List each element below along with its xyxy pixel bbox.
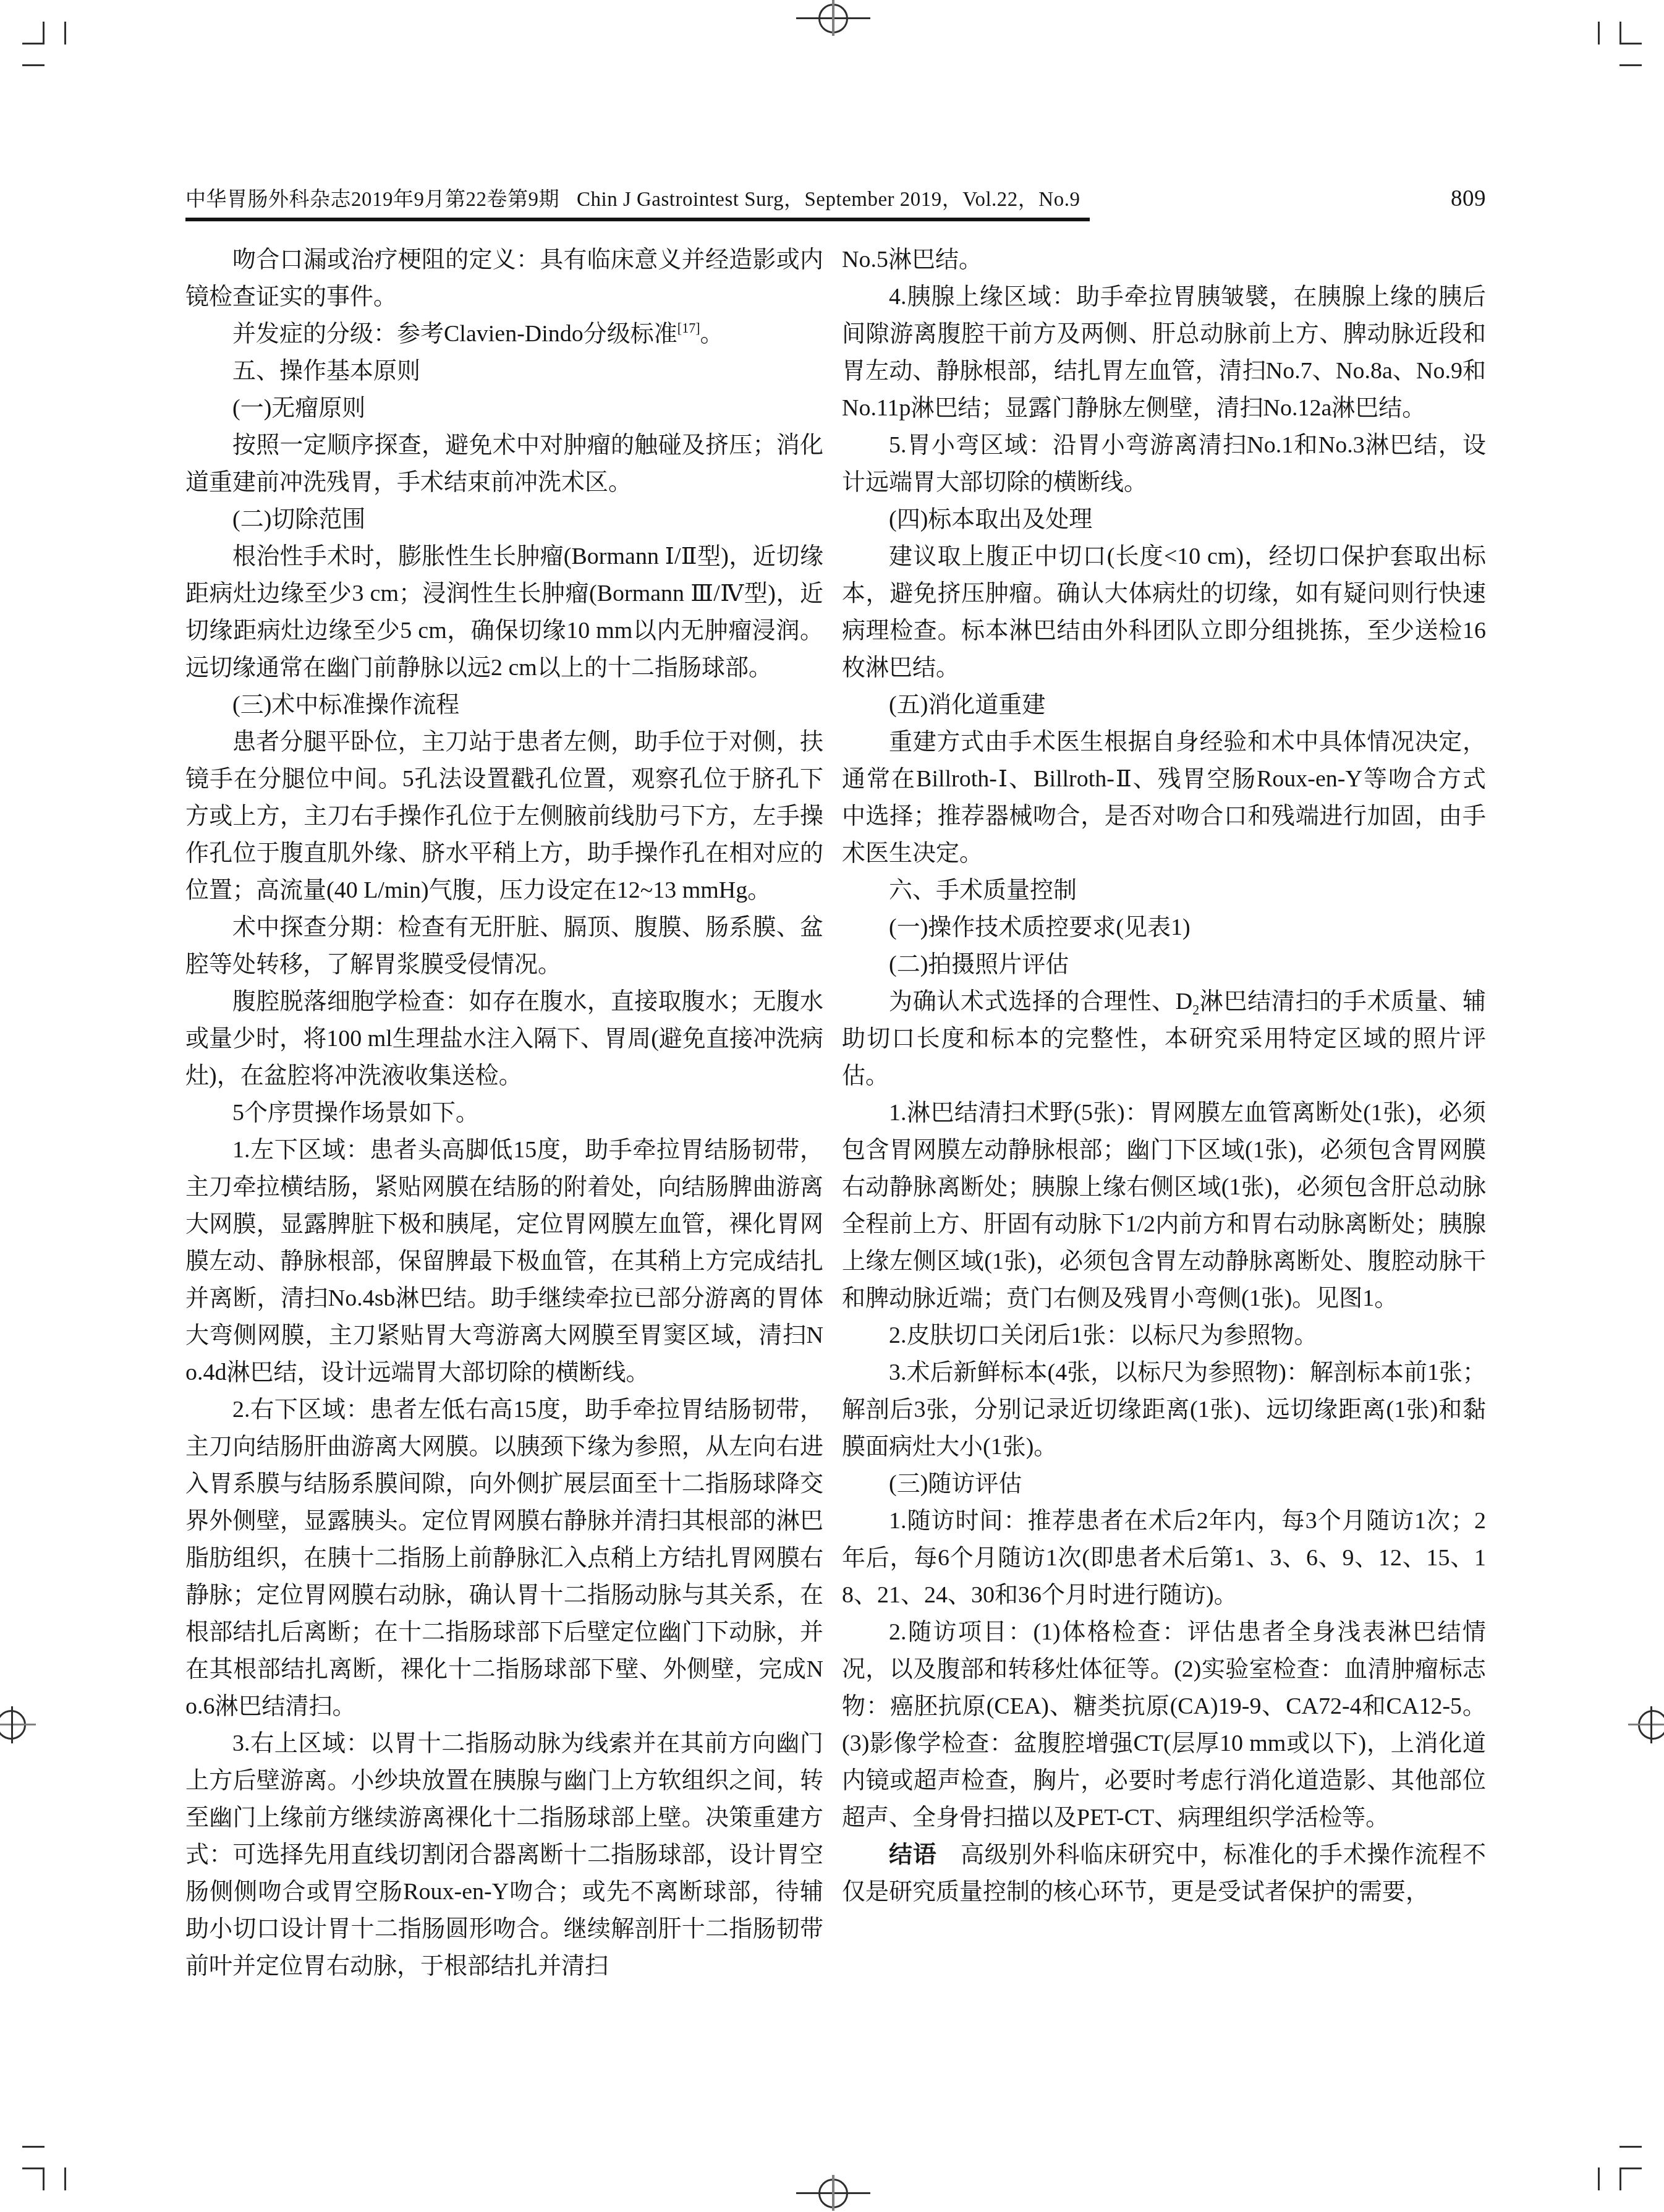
paragraph: 按照一定顺序探查，避免术中对肿瘤的触碰及挤压；消化道重建前冲洗残胃，手术结束前冲… <box>185 427 823 501</box>
paragraph: 5个序贯操作场景如下。 <box>185 1094 823 1131</box>
crop-mark-top-right <box>1619 64 1642 66</box>
crop-mark-bottom-left <box>43 2167 45 2190</box>
paragraph: 1.随访时间：推荐患者在术后2年内，每3个月随访1次；2年后，每6个月随访1次(… <box>842 1502 1486 1614</box>
paragraph: (二)拍摄照片评估 <box>842 946 1486 983</box>
paragraph: 为确认术式选择的合理性、D2淋巴结清扫的手术质量、辅助切口长度和标本的完整性，本… <box>842 983 1486 1094</box>
paragraph: 2.皮肤切口关闭后1张：以标尺为参照物。 <box>842 1317 1486 1354</box>
journal-page: { "header": { "journal_cn": "中华胃肠外科杂志201… <box>0 0 1664 2212</box>
crop-mark-top-left <box>64 22 66 45</box>
crop-mark-top-right <box>1598 22 1600 45</box>
page-header: 中华胃肠外科杂志2019年9月第22卷第9期Chin J Gastrointes… <box>185 183 1486 212</box>
header-rule <box>185 218 1090 221</box>
paragraph: 1.淋巴结清扫术野(5张)：胃网膜左血管离断处(1张)，必须包含胃网膜左动静脉根… <box>842 1094 1486 1317</box>
paragraph: 3.右上区域：以胃十二指肠动脉为线索并在其前方向幽门上方后壁游离。小纱块放置在胰… <box>185 1725 823 1984</box>
paragraph: 腹腔脱落细胞学检查：如存在腹水，直接取腹水；无腹水或量少时，将100 ml生理盐… <box>185 983 823 1094</box>
crop-mark-top-right <box>1619 43 1642 45</box>
paragraph: 建议取上腹正中切口(长度<10 cm)，经切口保护套取出标本，避免挤压肿瘤。确认… <box>842 538 1486 686</box>
paragraph: 3.术后新鲜标本(4张，以标尺为参照物)：解剖标本前1张；解剖后3张，分别记录近… <box>842 1354 1486 1465</box>
paragraph: No.5淋巴结。 <box>842 241 1486 278</box>
crop-mark-bottom-left <box>22 2167 45 2169</box>
paragraph: (四)标本取出及处理 <box>842 501 1486 538</box>
crop-mark-bottom-right <box>1619 2146 1642 2148</box>
right-column: No.5淋巴结。4.胰腺上缘区域：助手牵拉胃胰皱襞，在胰腺上缘的胰后间隙游离腹腔… <box>842 241 1486 1910</box>
paragraph: 六、手术质量控制 <box>842 872 1486 909</box>
journal-title-cn: 中华胃肠外科杂志2019年9月第22卷第9期 <box>185 189 559 211</box>
paragraph: 4.胰腺上缘区域：助手牵拉胃胰皱襞，在胰腺上缘的胰后间隙游离腹腔干前方及两侧、肝… <box>842 278 1486 427</box>
paragraph: 重建方式由手术医生根据自身经验和术中具体情况决定，通常在Billroth-Ⅰ、B… <box>842 723 1486 872</box>
page-number: 809 <box>1451 185 1486 212</box>
crop-mark-top-left <box>22 43 45 45</box>
crop-mark-bottom-right <box>1619 2167 1621 2190</box>
paragraph: (一)操作技术质控要求(见表1) <box>842 909 1486 946</box>
crop-mark-bottom-left <box>64 2167 66 2190</box>
crop-mark-top-left <box>22 64 45 66</box>
journal-title-en: Chin J Gastrointest Surg，September 2019，… <box>577 189 1080 211</box>
paragraph: 结语 高级别外科临床研究中，标准化的手术操作流程不仅是研究质量控制的核心环节，更… <box>842 1836 1486 1910</box>
paragraph: 患者分腿平卧位，主刀站于患者左侧，助手位于对侧，扶镜手在分腿位中间。5孔法设置戳… <box>185 723 823 909</box>
paragraph: 术中探查分期：检查有无肝脏、膈顶、腹膜、肠系膜、盆腔等处转移，了解胃浆膜受侵情况… <box>185 909 823 983</box>
paragraph: (三)随访评估 <box>842 1465 1486 1502</box>
paragraph: (二)切除范围 <box>185 501 823 538</box>
paragraph: 并发症的分级：参考Clavien-Dindo分级标准[17]。 <box>185 315 823 352</box>
paragraph: 根治性手术时，膨胀性生长肿瘤(Bormann Ⅰ/Ⅱ型)，近切缘距病灶边缘至少3… <box>185 538 823 686</box>
paragraph: 吻合口漏或治疗梗阻的定义：具有临床意义并经造影或内镜检查证实的事件。 <box>185 241 823 315</box>
paragraph: 2.随访项目：(1)体格检查：评估患者全身浅表淋巴结情况，以及腹部和转移灶体征等… <box>842 1614 1486 1836</box>
paragraph: (五)消化道重建 <box>842 686 1486 723</box>
crop-mark-bottom-left <box>22 2146 45 2148</box>
paragraph: 5.胃小弯区域：沿胃小弯游离清扫No.1和No.3淋巴结，设计远端胃大部切除的横… <box>842 427 1486 501</box>
crop-mark-top-right <box>1619 22 1621 45</box>
paragraph: 五、操作基本原则 <box>185 352 823 389</box>
crop-mark-top-left <box>43 22 45 45</box>
paragraph: 1.左下区域：患者头高脚低15度，助手牵拉胃结肠韧带，主刀牵拉横结肠，紧贴网膜在… <box>185 1131 823 1391</box>
paragraph: (一)无瘤原则 <box>185 389 823 427</box>
left-column: 吻合口漏或治疗梗阻的定义：具有临床意义并经造影或内镜检查证实的事件。并发症的分级… <box>185 241 823 1984</box>
crop-mark-bottom-right <box>1619 2167 1642 2169</box>
paragraph: 2.右下区域：患者左低右高15度，助手牵拉胃结肠韧带，主刀向结肠肝曲游离大网膜。… <box>185 1391 823 1725</box>
paragraph: (三)术中标准操作流程 <box>185 686 823 723</box>
journal-title: 中华胃肠外科杂志2019年9月第22卷第9期Chin J Gastrointes… <box>185 183 1080 212</box>
crop-mark-bottom-right <box>1598 2167 1600 2190</box>
